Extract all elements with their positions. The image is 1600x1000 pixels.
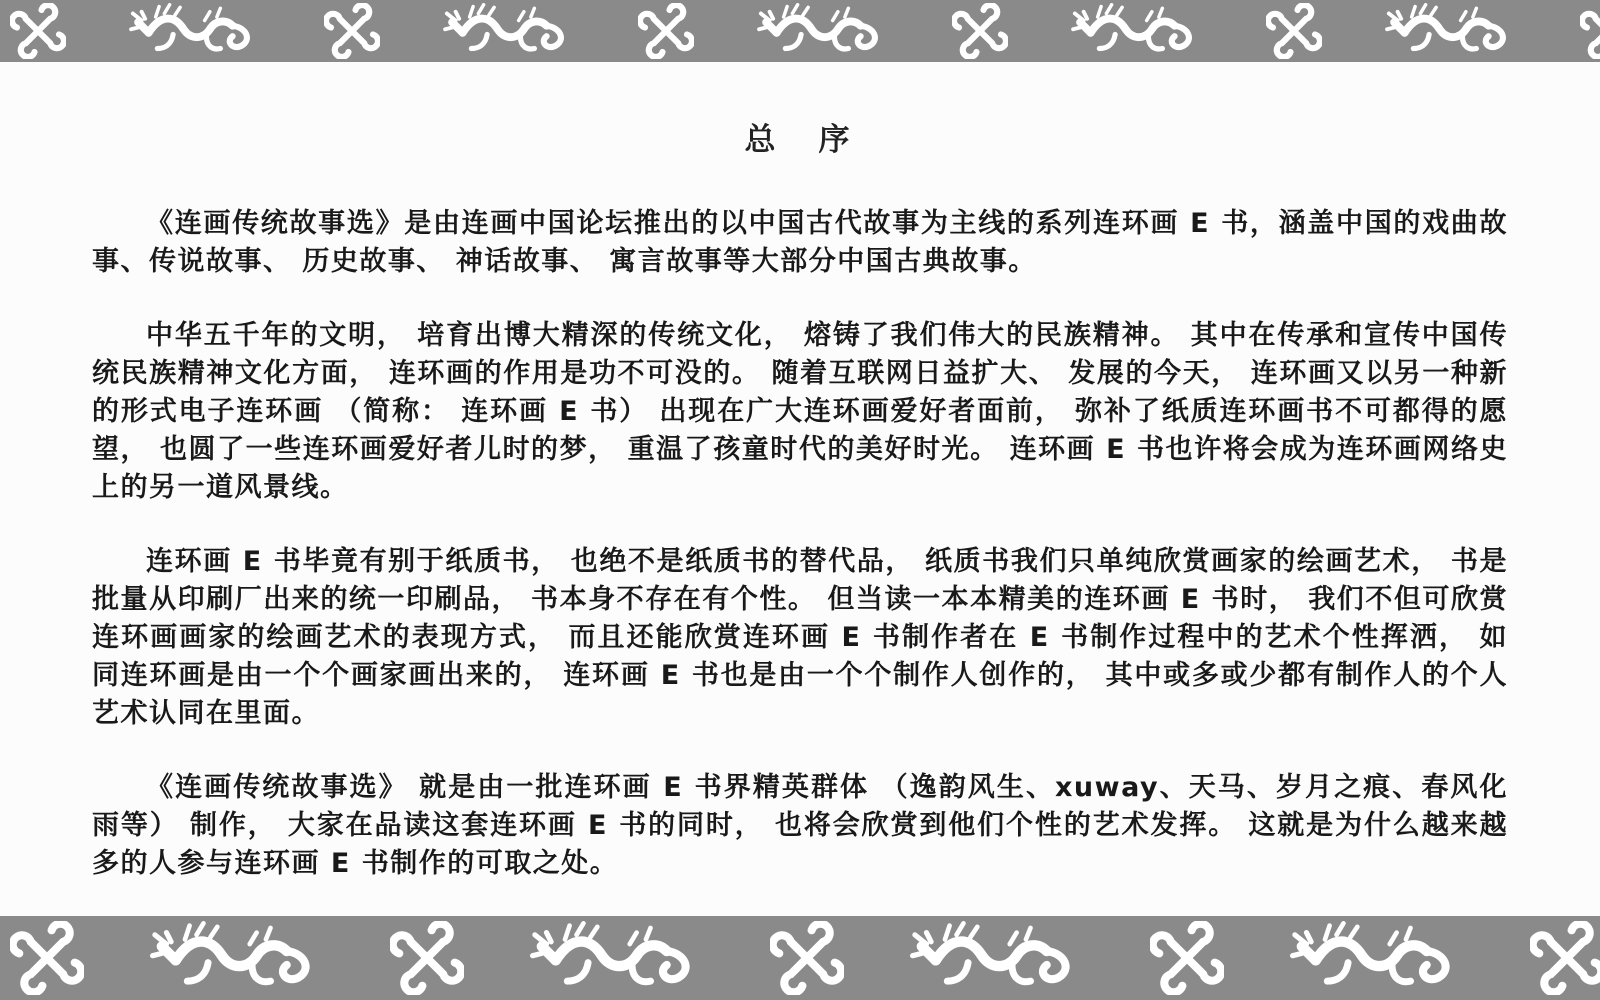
knot-medallion-icon: [638, 3, 694, 59]
dragon-icon: [1377, 3, 1525, 59]
dragon-icon: [1063, 3, 1211, 59]
dragon-icon: [899, 921, 1095, 995]
paragraph-heritage: 中华五千年的文明， 培育出博大精深的传统文化， 熔铸了我们伟大的民族精神。 其中…: [92, 317, 1508, 507]
page-title: 总 序: [92, 114, 1508, 159]
dragon-icon: [519, 921, 715, 995]
dragon-icon: [1279, 921, 1475, 995]
dragon-icon: [121, 3, 269, 59]
preface-content: 总 序 《连画传统故事选》是由连画中国论坛推出的以中国古代故事为主线的系列连环画…: [0, 62, 1600, 916]
knot-medallion-icon: [1530, 921, 1600, 995]
knot-medallion-icon: [390, 921, 464, 995]
knot-medallion-icon: [1266, 3, 1322, 59]
dragon-icon: [749, 3, 897, 59]
knot-medallion-icon: [10, 921, 84, 995]
dragon-icon: [139, 921, 335, 995]
knot-medallion-icon: [1150, 921, 1224, 995]
knot-medallion-icon: [324, 3, 380, 59]
dragon-icon: [435, 3, 583, 59]
knot-medallion-icon: [952, 3, 1008, 59]
paragraph-ebook-art: 连环画 E 书毕竟有别于纸质书， 也绝不是纸质书的替代品， 纸质书我们只单纯欣赏…: [92, 543, 1508, 733]
top-ornament-band: [0, 0, 1600, 62]
paragraph-makers: 《连画传统故事选》 就是由一批连环画 E 书界精英群体 （逸韵风生、xuway、…: [92, 769, 1508, 883]
knot-medallion-icon: [770, 921, 844, 995]
paragraph-intro: 《连画传统故事选》是由连画中国论坛推出的以中国古代故事为主线的系列连环画 E 书…: [92, 205, 1508, 281]
knot-medallion-icon: [1580, 3, 1600, 59]
knot-medallion-icon: [10, 3, 66, 59]
bottom-ornament-band: [0, 916, 1600, 1000]
preface-page: 总 序 《连画传统故事选》是由连画中国论坛推出的以中国古代故事为主线的系列连环画…: [0, 0, 1600, 1000]
